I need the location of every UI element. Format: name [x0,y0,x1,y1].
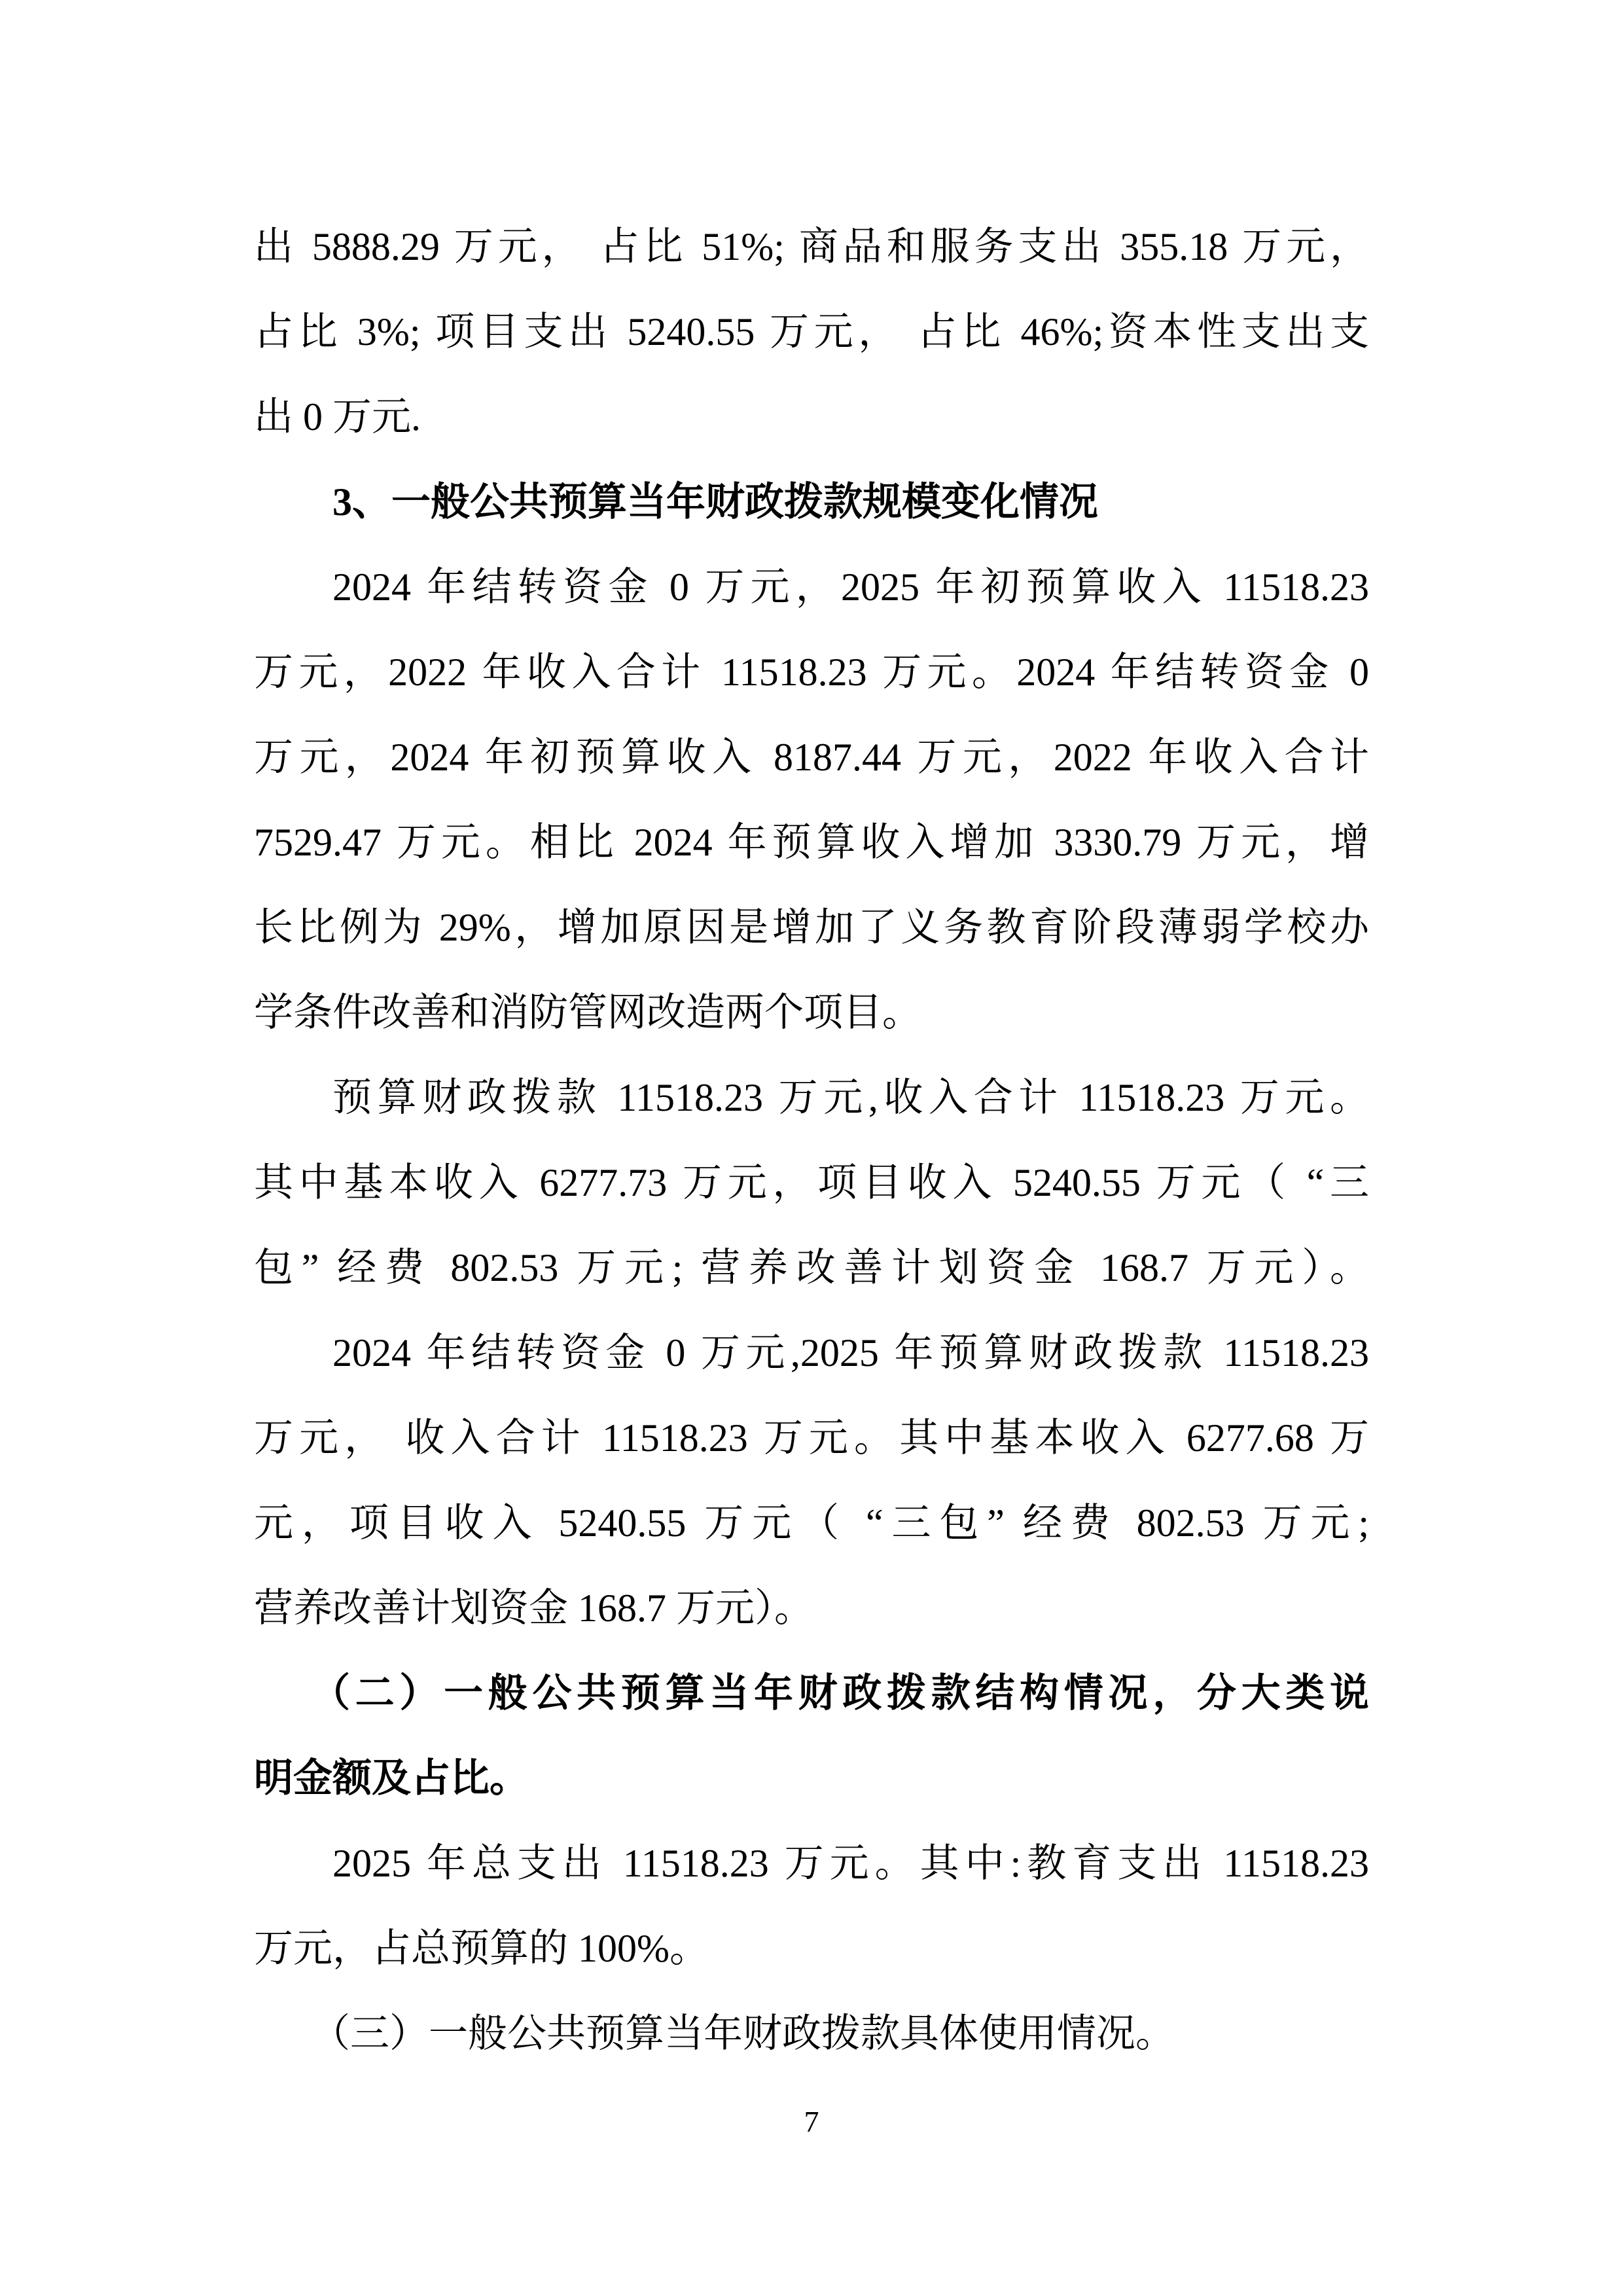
text-line: 包” 经费 802.53 万元; 营养改善计划资金 168.7 万元）。 [254,1225,1369,1310]
text-line: 学条件改善和消防管网改造两个项目。 [254,970,1369,1055]
text-line: 万元，2024 年初预算收入 8187.44 万元，2022 年收入合计 [254,715,1369,800]
text-line: 2025 年总支出 11518.23 万元。其中:教育支出 11518.23 [254,1821,1369,1906]
text-line: 预算财政拨款 11518.23 万元,收入合计 11518.23 万元。 [254,1055,1369,1140]
text-line: 营养改善计划资金 168.7 万元）。 [254,1566,1369,1651]
section-heading-2: （二）一般公共预算当年财政拨款结构情况，分大类说 [254,1651,1369,1736]
text-line: 万元，2022 年收入合计 11518.23 万元。2024 年结转资金 0 [254,630,1369,715]
document-page: 出 5888.29 万元， 占比 51%; 商品和服务支出 355.18 万元，… [0,0,1623,2296]
text-line: 元，项目收入 5240.55 万元（ “三包” 经费 802.53 万元; [254,1480,1369,1566]
page-number: 7 [254,2102,1369,2142]
text-line: 7529.47 万元。相比 2024 年预算收入增加 3330.79 万元，增 [254,800,1369,885]
section-heading-3: 3、一般公共预算当年财政拨款规模变化情况 [254,459,1369,545]
text-line: 万元，占总预算的 100%。 [254,1906,1369,1991]
text-line: 长比例为 29%，增加原因是增加了义务教育阶段薄弱学校办 [254,885,1369,970]
text-line: 出 5888.29 万元， 占比 51%; 商品和服务支出 355.18 万元， [254,204,1369,289]
document-body: 出 5888.29 万元， 占比 51%; 商品和服务支出 355.18 万元，… [254,204,1369,2076]
section-heading-2-cont: 明金额及占比。 [254,1736,1369,1821]
text-line: 出 0 万元. [254,374,1369,459]
text-line: 2024 年结转资金 0 万元,2025 年预算财政拨款 11518.23 [254,1310,1369,1395]
section-heading-san: （三）一般公共预算当年财政拨款具体使用情况。 [254,1991,1369,2076]
text-line: 占比 3%; 项目支出 5240.55 万元， 占比 46%;资本性支出支 [254,289,1369,374]
text-line: 2024 年结转资金 0 万元，2025 年初预算收入 11518.23 [254,545,1369,630]
text-line: 其中基本收入 6277.73 万元，项目收入 5240.55 万元（ “三 [254,1140,1369,1225]
text-line: 万元， 收入合计 11518.23 万元。其中基本收入 6277.68 万 [254,1395,1369,1480]
